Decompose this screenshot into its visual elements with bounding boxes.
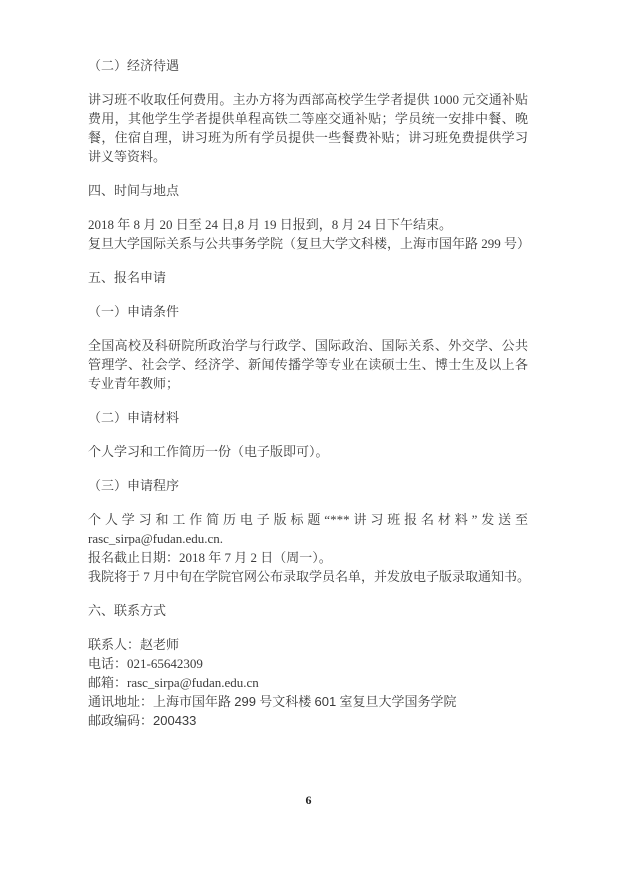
heading-contact: 六、联系方式: [88, 601, 528, 620]
contact-postal-code: 200433: [153, 713, 196, 728]
time-line: 2018 年 8 月 20 日至 24 日,8 月 19 日报到，8 月 24 …: [88, 215, 528, 234]
paragraph-application-procedure: 个人学习和工作简历电子版标题“***讲习班报名材料”发送至 rasc_sirpa…: [88, 510, 528, 586]
document-page: （二）经济待遇 讲习班不收取任何费用。主办方将为西部高校学生学者提供 1000 …: [0, 0, 617, 869]
contact-address-room-number: 601: [314, 694, 336, 709]
location-line: 复旦大学国际关系与公共事务学院（复旦大学文科楼，上海市国年路 299 号）: [88, 234, 528, 253]
paragraph-application-conditions: 全国高校及科研院所政治学与行政学、国际政治、国际关系、外交学、公共管理学、社会学…: [88, 336, 528, 393]
paragraph-time-location: 2018 年 8 月 20 日至 24 日,8 月 19 日报到，8 月 24 …: [88, 215, 528, 253]
paragraph-economic-treatment: 讲习班不收取任何费用。主办方将为西部高校学生学者提供 1000 元交通补贴费用，…: [88, 90, 528, 166]
contact-address-prefix: 通讯地址：上海市国年路: [88, 694, 234, 709]
contact-email-line: 邮箱：rasc_sirpa@fudan.edu.cn: [88, 673, 528, 692]
contact-postal-label: 邮政编码：: [88, 713, 153, 728]
document-content: （二）经济待遇 讲习班不收取任何费用。主办方将为西部高校学生学者提供 1000 …: [88, 56, 528, 730]
procedure-email-sentence: 个人学习和工作简历电子版标题“***讲习班报名材料”发送至 rasc_sirpa…: [88, 510, 528, 548]
heading-economic-treatment: （二）经济待遇: [88, 56, 528, 75]
contact-postal-line: 邮政编码：200433: [88, 711, 528, 730]
procedure-deadline-line: 报名截止日期：2018 年 7 月 2 日（周一）。: [88, 548, 528, 567]
procedure-admission-line: 我院将于 7 月中旬在学院官网公布录取学员名单，并发放电子版录取通知书。: [88, 567, 528, 586]
contact-address-line: 通讯地址：上海市国年路 299 号文科楼 601 室复旦大学国务学院: [88, 692, 528, 711]
contact-address-street-number: 299: [234, 694, 256, 709]
heading-application: 五、报名申请: [88, 268, 528, 287]
heading-application-procedure: （三）申请程序: [88, 476, 528, 495]
contact-phone-line: 电话：021-65642309: [88, 654, 528, 673]
paragraph-application-materials: 个人学习和工作简历一份（电子版即可）。: [88, 442, 528, 461]
contact-address-mid: 号文科楼: [256, 694, 315, 709]
contact-person-line: 联系人：赵老师: [88, 635, 528, 654]
contact-block: 联系人：赵老师 电话：021-65642309 邮箱：rasc_sirpa@fu…: [88, 635, 528, 730]
heading-time-location: 四、时间与地点: [88, 181, 528, 200]
heading-application-materials: （二）申请材料: [88, 408, 528, 427]
contact-address-suffix: 室复旦大学国务学院: [336, 694, 456, 709]
heading-application-conditions: （一）申请条件: [88, 302, 528, 321]
page-number: 6: [0, 793, 617, 807]
